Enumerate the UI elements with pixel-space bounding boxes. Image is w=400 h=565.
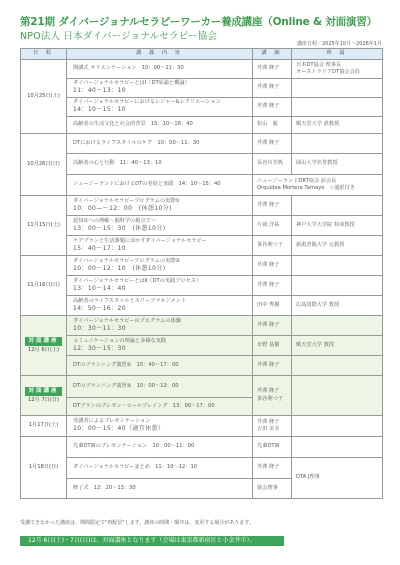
lecture-title: ニュージーランドにおけるDTの発展と実践 14：10〜15：40 xyxy=(67,175,253,196)
lecture-title: ダイバージョナルセラピーとはⅠ（DT原論と概論）11：40〜13：10 xyxy=(67,79,253,98)
lecture-title: ダイバージョナルセラピーまとめ 11：10〜12：10 xyxy=(67,458,253,479)
lecturer: 芹澤 隆子 xyxy=(253,276,292,296)
affiliation: 新潟青陵大学 元教授 xyxy=(292,236,383,256)
lecturer: 松山 毅 xyxy=(253,117,292,134)
in-person-banner: 12月 6日(土)・7日(日)は、対面講座となります（会場は東京都新宿区と小金井… xyxy=(20,536,284,546)
affiliation xyxy=(292,256,383,276)
lecturer: 芹澤 隆子 xyxy=(253,134,292,154)
affiliation xyxy=(292,98,383,117)
table-row: 高齢者のライフスタイルとスリープマネジメント14：50〜16：20 田中 秀樹 … xyxy=(21,296,383,316)
table-row: 対面講座 12月 7日(日) DTのプランニング演習② 10：00〜12：00 … xyxy=(21,376,383,398)
lecturer: 芹澤 隆子 吉田 美幸 xyxy=(253,416,292,437)
lecture-title: 高齢者の心と行動 11：40〜13：10 xyxy=(67,154,253,175)
lecturer: 先輩DTW xyxy=(253,437,292,458)
affiliation: 岡山大学名誉教授 xyxy=(292,154,383,175)
table-row: 10月26日(日) DTにおけるライフスタイルのケア 10：00〜11：30 芹… xyxy=(21,134,383,154)
affiliation xyxy=(292,134,383,154)
course-period: 講座日程／2025年10月〜2026年1月 xyxy=(297,40,382,47)
in-person-badge: 対面講座 xyxy=(25,387,61,396)
table-row: ダイバージョナルセラピーとはⅡ（DTの実践プロセス）13：10〜14：40 芹澤… xyxy=(21,276,383,296)
table-row: ケアプランと生活課題に活かすダイバージョナルセラピー15：40〜17：10 茶谷… xyxy=(21,236,383,256)
lecture-time: 12：30〜15：30 xyxy=(73,345,248,353)
lecture-title: DTのプランニング演習② 10：00〜12：00 xyxy=(67,376,253,398)
affiliation: 順天堂大学 准教授 xyxy=(292,117,383,134)
lecture-title: 受講者によるプレゼンテーション10：00〜15：40（適宜休憩） xyxy=(67,416,253,437)
lecture-title: ダイバージョナルセラピープログラムの実際①10：00—〜12：00 (休憩10分… xyxy=(67,196,253,216)
lecturer: 芹澤 隆子 xyxy=(253,458,292,479)
lecture-title: 先輩DTWのプレゼンテーション 10：00〜11：00 xyxy=(67,437,253,458)
affiliation xyxy=(292,196,383,216)
lecture-title: 高齢者の生活文化と社会的背景 15：10〜16：40 xyxy=(67,117,253,134)
lecture-title: 修了式 12：20〜13：30 xyxy=(67,479,253,499)
lecturer: 長谷川芳典 xyxy=(253,154,292,175)
rebroadcast-note: 受講できなかった講座は、期間限定で"再配信"します。講座の時間・順序は、変更する… xyxy=(20,519,254,526)
lecture-time: 15：40〜17：10 xyxy=(73,245,248,253)
table-row: 高齢者の心と行動 11：40〜13：10 長谷川芳典 岡山大学名誉教授 xyxy=(21,154,383,175)
lecture-title: ダイバージョナルセラピーとはⅡ（DTの実践プロセス）13：10〜14：40 xyxy=(67,276,253,296)
date-cell: 11月15日(土) xyxy=(21,196,67,256)
table-row: 1月18日(日) 先輩DTWのプレゼンテーション 10：00〜11：00 先輩D… xyxy=(21,437,383,458)
lecturer: 水野 基樹 xyxy=(253,336,292,356)
table-row: DTのプランニング演習① 15：40〜17：00 芹澤 隆子 xyxy=(21,356,383,376)
column-header-content: 講 義 内 容 xyxy=(67,49,253,60)
column-header-date: 日 程 xyxy=(21,49,67,60)
lecture-title: 開講式 オリエンテーション 10：00〜11：30 xyxy=(67,60,253,79)
lecturer: 田中 秀樹 xyxy=(253,296,292,316)
lecturer: 芹澤 隆子 xyxy=(253,79,292,98)
lecture-time: 10：00〜15：40（適宜休憩） xyxy=(73,425,248,433)
lecture-title: ダイバージョナルセラピーのプログラムの体験10：30〜11：30 xyxy=(67,316,253,336)
lecture-title: ケアプランと生活課題に活かすダイバージョナルセラピー15：40〜17：10 xyxy=(67,236,253,256)
date-cell: 10月26日(日) xyxy=(21,134,67,196)
in-person-badge: 対面講座 xyxy=(25,337,61,346)
lecture-time: 13：10〜14：40 xyxy=(73,285,248,293)
lecture-time: 14：10〜15：10 xyxy=(73,106,248,114)
lecture-time: 11：40〜13：10 xyxy=(73,87,248,95)
lecture-time: 14：50〜16：20 xyxy=(73,305,248,313)
date-cell: 対面講座 12月 7日(日) xyxy=(21,376,67,416)
table-row: 11月15日(土) ダイバージョナルセラピープログラムの実際①10：00—〜12… xyxy=(21,196,383,216)
page-title: 第21期 ダイバージョナルセラピーワーカー養成講座（Online & 対面演習） xyxy=(20,14,377,29)
affiliation xyxy=(292,79,383,98)
date-cell: 10月25日(土) xyxy=(21,60,67,134)
column-header-lecturer: 講 師 xyxy=(253,49,292,60)
lecturer: 茶谷利つ子 xyxy=(253,236,292,256)
lecture-time: 10：00〜12：10 (休憩10分) xyxy=(73,265,248,273)
lecture-time: 10：00—〜12：00 (休憩10分) xyxy=(73,205,248,213)
lecturer: 片岡 洋祐 xyxy=(253,216,292,236)
affiliation: DTA J理事 xyxy=(292,458,383,499)
affiliation xyxy=(292,437,383,458)
lecturer: 芹澤 隆子 xyxy=(253,316,292,336)
affiliation xyxy=(292,356,383,376)
lecturer: 協会理事 xyxy=(253,479,292,499)
affiliation: 順天堂大学 教授 xyxy=(292,336,383,356)
table-row: 10月25日(土) 開講式 オリエンテーション 10：00〜11：30 芹澤 隆… xyxy=(21,60,383,79)
lecture-title: DTプランのプレゼン〜ロールプレイング 13：00〜17：00 xyxy=(67,398,253,416)
table-row: コミュニケーションの理論と多様な実践12：30〜15：30 水野 基樹 順天堂大… xyxy=(21,336,383,356)
organization-name: NPO法人 日本ダイバージョナルセラピー協会 xyxy=(20,28,217,42)
lecturer: 芹澤 隆子 xyxy=(253,356,292,376)
lecturer: 芹澤 隆子 xyxy=(253,256,292,276)
affiliation: 神戸大学大学院 特命教授 xyxy=(292,216,383,236)
date-cell: 対面講座 12月 6日(土) xyxy=(21,316,67,376)
lecture-title: ダイバージョナルセラピーにおけるレジャー&レクリエーション14：10〜15：10 xyxy=(67,98,253,117)
affiliation xyxy=(292,316,383,336)
lecture-title: 高齢者のライフスタイルとスリープマネジメント14：50〜16：20 xyxy=(67,296,253,316)
table-row: 高齢者の生活文化と社会的背景 15：10〜16：40 松山 毅 順天堂大学 准教… xyxy=(21,117,383,134)
lecturer: 芹澤 隆子 xyxy=(253,196,292,216)
table-row: ダイバージョナルセラピーにおけるレジャー&レクリエーション14：10〜15：10… xyxy=(21,98,383,117)
table-row: 11月16日(日) ダイバージョナルセラピープログラムの実際②10：00〜12：… xyxy=(21,256,383,276)
lecture-title: コミュニケーションの理論と多様な実践12：30〜15：30 xyxy=(67,336,253,356)
table-row: 認知症への理解〜脳科学の視点で〜13：00〜15：30 (休憩10分) 片岡 洋… xyxy=(21,216,383,236)
table-header-row: 日 程 講 義 内 容 講 師 所 属 xyxy=(21,49,383,60)
date-cell: 1月18日(日) xyxy=(21,437,67,499)
lecture-time: 13：00〜15：30 (休憩10分) xyxy=(73,225,248,233)
lecture-time: 10：30〜11：30 xyxy=(73,325,248,333)
table-row: ダイバージョナルセラピーとはⅠ（DT原論と概論）11：40〜13：10 芹澤 隆… xyxy=(21,79,383,98)
lecture-title: DTのプランニング演習① 15：40〜17：00 xyxy=(67,356,253,376)
schedule-table: 日 程 講 義 内 容 講 師 所 属 10月25日(土) 開講式 オリエンテー… xyxy=(20,48,383,499)
affiliation: 広島国際大学 教授 xyxy=(292,296,383,316)
column-header-affiliation: 所 属 xyxy=(292,49,383,60)
table-row: 対面講座 12月 6日(土) ダイバージョナルセラピーのプログラムの体験10：3… xyxy=(21,316,383,336)
table-row: ダイバージョナルセラピーまとめ 11：10〜12：10 芹澤 隆子 DTA J理… xyxy=(21,458,383,479)
lecture-title: 認知症への理解〜脳科学の視点で〜13：00〜15：30 (休憩10分) xyxy=(67,216,253,236)
affiliation xyxy=(292,376,383,416)
lecturer: 芹澤 隆子 xyxy=(253,98,292,117)
affiliation xyxy=(292,276,383,296)
lecture-title: DTにおけるライフスタイルのケア 10：00〜11：30 xyxy=(67,134,253,154)
table-row: 1月17日(土) 受講者によるプレゼンテーション10：00〜15：40（適宜休憩… xyxy=(21,416,383,437)
date-cell: 1月17日(土) xyxy=(21,416,67,437)
lecturer: 芹澤 隆子 xyxy=(253,60,292,79)
lecturer: 芹澤 隆子 茶谷利つ子 xyxy=(253,376,292,416)
affiliation: 日本DT協会 理事長 オーストラリアDT協会会員 xyxy=(292,60,383,79)
affiliation xyxy=(292,416,383,437)
affiliation: ニュージーランドDRT協会 前会長 Orquidea Mortera Tamay… xyxy=(253,175,383,196)
date-cell: 11月16日(日) xyxy=(21,256,67,316)
lecture-title: ダイバージョナルセラピープログラムの実際②10：00〜12：10 (休憩10分) xyxy=(67,256,253,276)
table-row: ニュージーランドにおけるDTの発展と実践 14：10〜15：40 ニュージーラン… xyxy=(21,175,383,196)
